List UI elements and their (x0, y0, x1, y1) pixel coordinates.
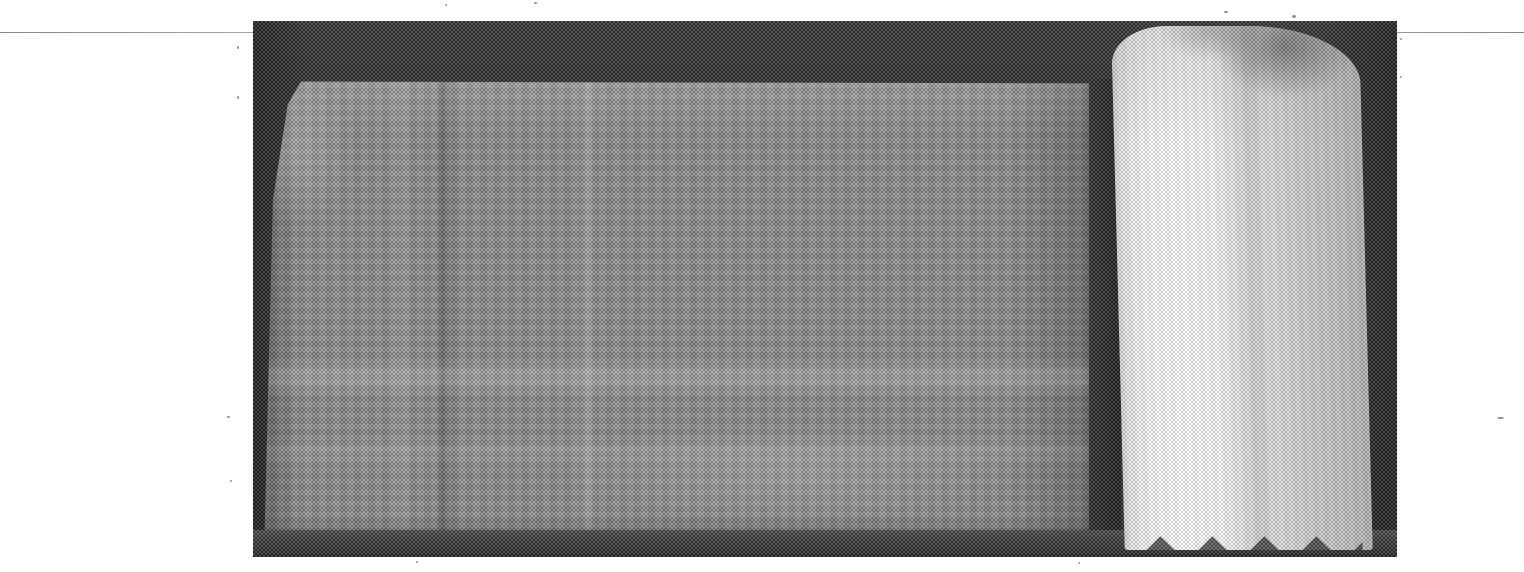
roll-top-shading (1111, 26, 1373, 550)
scan-speck (237, 46, 239, 49)
scan-speck (1400, 76, 1402, 78)
unrolled-sheet (263, 77, 1089, 533)
scan-speck (1292, 15, 1296, 18)
scanned-page (0, 0, 1524, 572)
roll-bottom-shadow-wave (1134, 536, 1363, 552)
scan-speck (1224, 11, 1228, 13)
scan-speck (227, 416, 230, 418)
scan-speck (237, 96, 239, 99)
halftone-photograph (253, 21, 1397, 557)
scan-speck (1497, 417, 1504, 419)
scan-speck (1078, 562, 1080, 564)
scan-speck (416, 561, 418, 563)
material-roll (1111, 26, 1373, 550)
scan-speck (534, 2, 537, 4)
scan-speck (445, 4, 447, 6)
scan-speck (230, 480, 232, 482)
scan-speck (1400, 38, 1402, 40)
